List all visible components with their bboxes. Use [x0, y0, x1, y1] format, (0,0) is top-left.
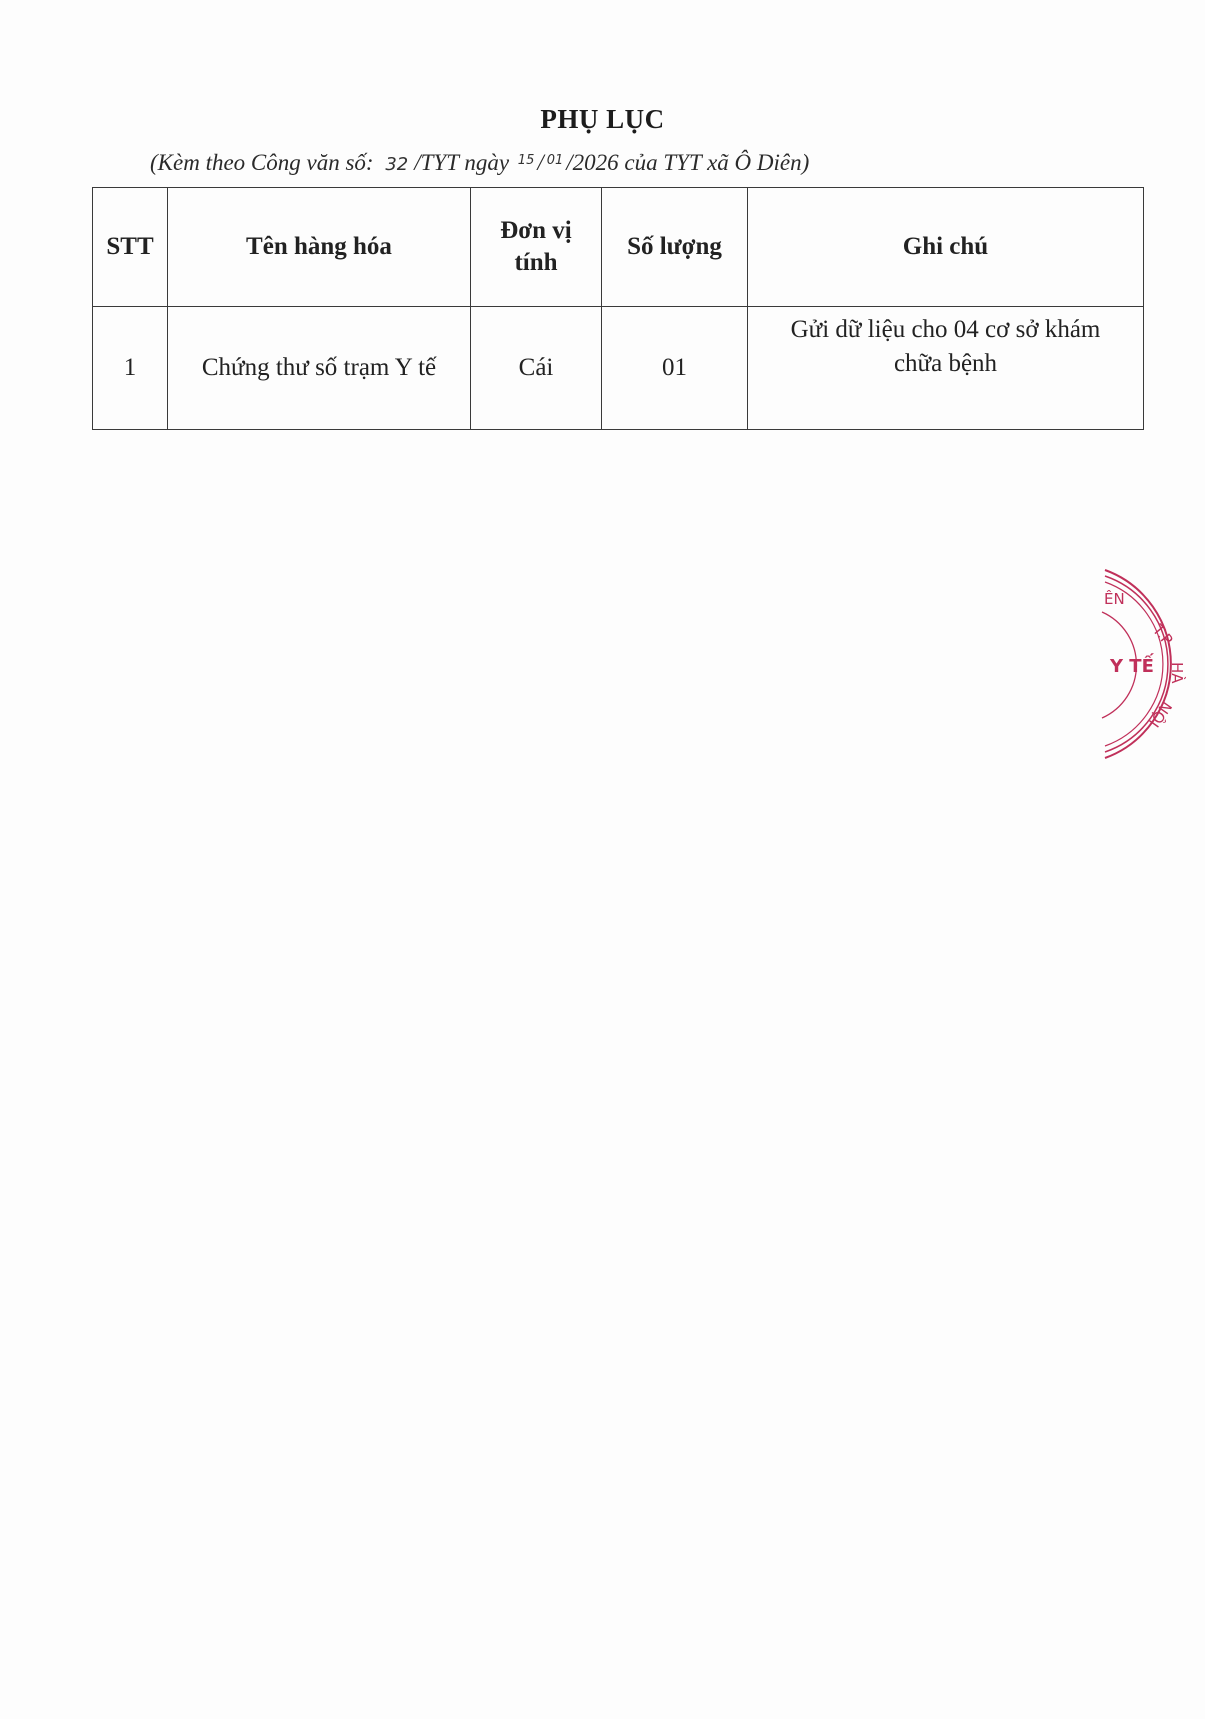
cell-unit: Cái [471, 307, 602, 430]
stamp-ring-text-1: ÊN [1104, 589, 1125, 608]
subtitle-prefix: (Kèm theo Công văn số: [150, 150, 374, 175]
stamp-seal-icon: ÊN T.P HÀ NỘI Y TẾ [1060, 560, 1205, 770]
appendix-table: STT Tên hàng hóa Đơn vị tính Số lượng Gh… [92, 187, 1144, 430]
header-unit: Đơn vị tính [471, 188, 602, 307]
header-note: Ghi chú [748, 188, 1144, 307]
header-stt: STT [93, 188, 168, 307]
page-title: PHỤ LỤC [0, 104, 1205, 135]
handwritten-doc-number: 32 [379, 154, 414, 175]
svg-text:T.P: T.P [1148, 620, 1176, 649]
table-row: 1 Chứng thư số trạm Y tế Cái 01 Gửi dữ l… [93, 307, 1144, 430]
cell-stt: 1 [93, 307, 168, 430]
subtitle-mid: /TYT ngày [414, 150, 509, 175]
subtitle-suffix: /2026 của TYT xã Ô Diên) [566, 150, 809, 175]
table-header-row: STT Tên hàng hóa Đơn vị tính Số lượng Gh… [93, 188, 1144, 307]
svg-text:HÀ: HÀ [1168, 662, 1187, 684]
cell-item-name: Chứng thư số trạm Y tế [168, 307, 471, 430]
handwritten-day: 15 [515, 153, 538, 168]
cell-quantity: 01 [602, 307, 748, 430]
header-item-name: Tên hàng hóa [168, 188, 471, 307]
cell-note: Gửi dữ liệu cho 04 cơ sở khám chữa bệnh [748, 307, 1144, 430]
stamp-center-text: Y TẾ [1109, 653, 1155, 677]
handwritten-month: 01 [544, 153, 567, 168]
header-quantity: Số lượng [602, 188, 748, 307]
subtitle: (Kèm theo Công văn số: 32/TYT ngày 15/01… [150, 150, 809, 176]
